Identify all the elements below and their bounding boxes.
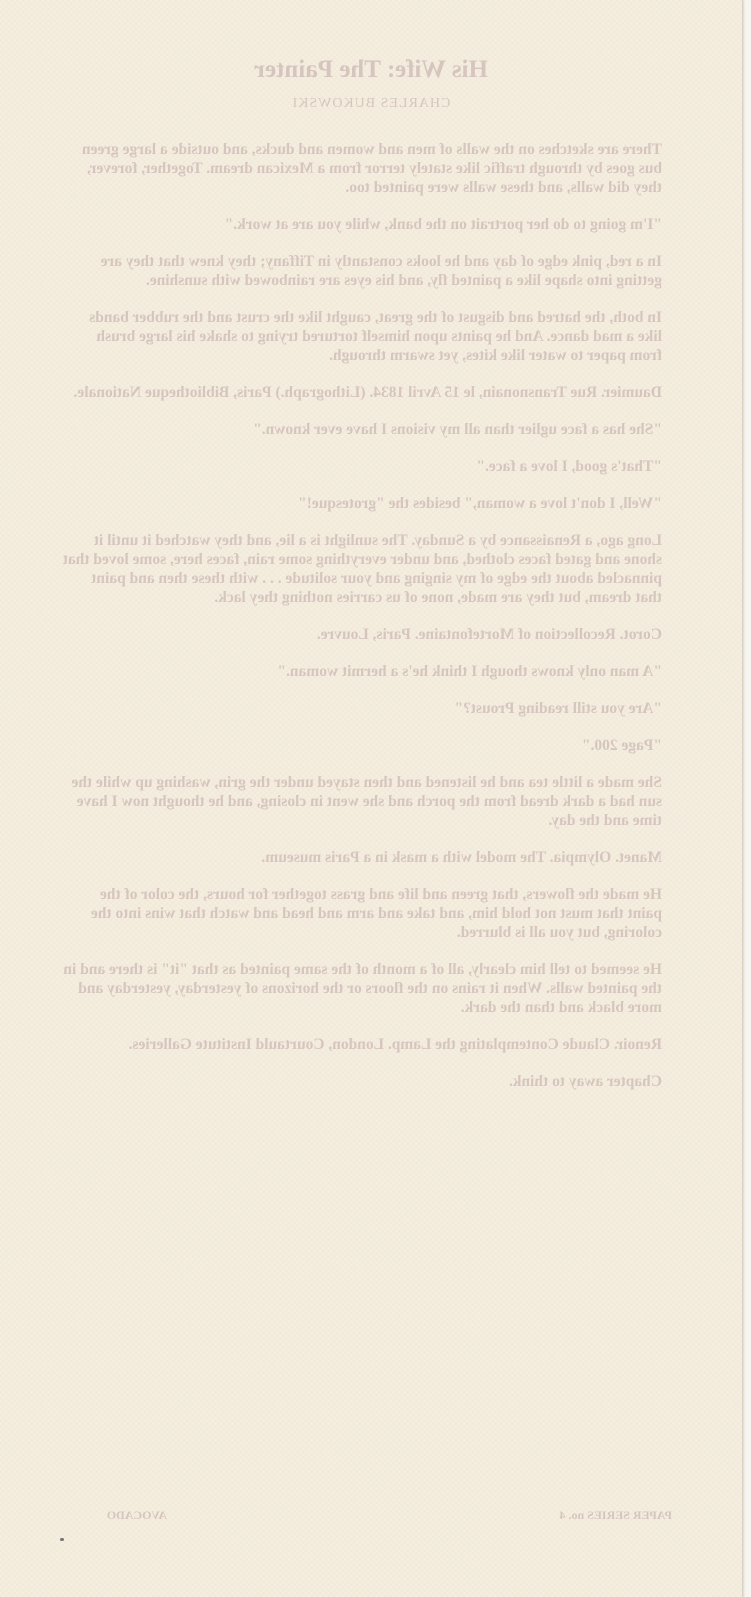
paragraph: "Page 200." [62,736,662,755]
paragraph: "Are you still reading Proust?" [62,699,662,718]
paragraph: "I'm going to do her portrait on the ban… [62,215,662,234]
paragraph: In both, the hatred and disgust of the g… [62,308,662,365]
paragraph: In a red, pink edge of day and he looks … [62,252,662,290]
paragraph: "That's good, I love a face." [62,457,662,476]
paper-speck [60,1538,64,1541]
document-title: His Wife: The Painter [0,56,742,84]
paragraph: "Well, I don't love a woman," besides th… [62,494,662,513]
paragraph: There are sketches on the walls of men a… [62,140,662,197]
paragraph: Corot. Recollection of Mortefontaine. Pa… [62,625,662,644]
paragraph: He made the flowers, that green and life… [62,885,662,942]
document-author: CHARLES BUKOWSKI [0,96,742,112]
paragraph: Manet. Olympia. The model with a mask in… [62,848,662,867]
footer-imprint: AVOCADO [107,1508,167,1523]
bleed-through-text: His Wife: The Painter CHARLES BUKOWSKI T… [0,0,742,1597]
paragraph: Long ago, a Renaissance by a Sunday. The… [62,531,662,607]
paragraph: "She has a face uglier than all my visio… [62,420,662,439]
paragraph: Renoir. Claude Contemplating the Lamp. L… [62,1035,662,1054]
document-body: There are sketches on the walls of men a… [62,140,662,1109]
paragraph: She made a little tea and he listened an… [62,773,662,830]
paragraph: Daumier. Rue Transnonain, le 15 Avril 18… [62,383,662,402]
paragraph: "A man only knows though I think he's a … [62,662,662,681]
paragraph: He seemed to tell him clearly, all of a … [62,960,662,1017]
footer-series: PAPER SERIES no. 4 [560,1508,672,1523]
paper-page: His Wife: The Painter CHARLES BUKOWSKI T… [0,0,743,1597]
paragraph: Chapter away to think. [62,1072,662,1091]
